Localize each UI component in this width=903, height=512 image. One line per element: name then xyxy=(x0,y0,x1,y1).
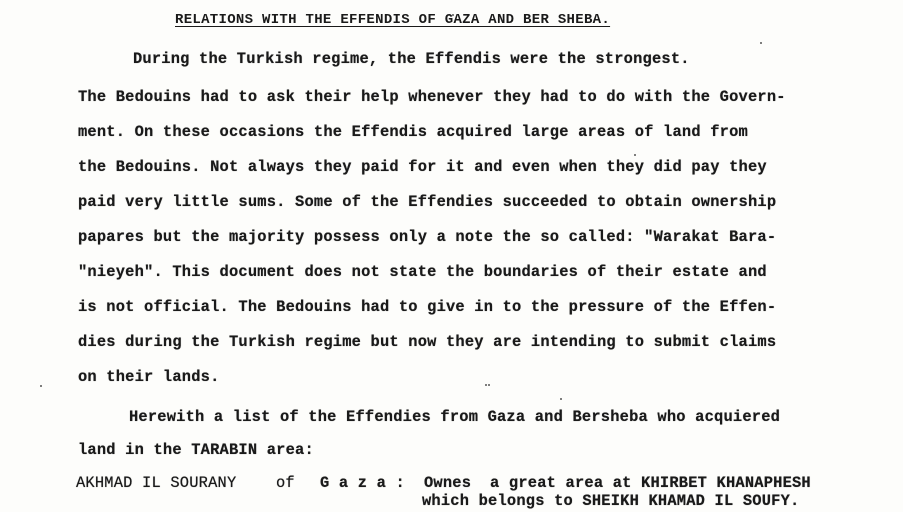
paragraph1-line-10: on their lands. xyxy=(78,368,220,386)
list-entry-name: AKHMAD IL SOURANY xyxy=(76,474,236,492)
paragraph1-line-1: During the Turkish regime, the Effendis … xyxy=(133,50,690,68)
paragraph1-line-3: ment. On these occasions the Effendis ac… xyxy=(78,123,748,141)
paragraph1-line-2: The Bedouins had to ask their help whene… xyxy=(78,88,786,106)
paragraph2-line-2: land in the TARABIN area: xyxy=(78,441,314,459)
document-page: RELATIONS WITH THE EFFENDIS OF GAZA AND … xyxy=(0,0,903,512)
paragraph1-line-9: dies during the Turkish regime but now t… xyxy=(78,333,776,351)
list-entry-place: G a z a : xyxy=(320,474,405,492)
list-entry-line-1: Ownes a great area at KHIRBET KHANAPHESH xyxy=(424,474,811,492)
scan-speck xyxy=(634,154,636,156)
scan-speck xyxy=(760,42,762,44)
scan-speck xyxy=(560,398,562,400)
paragraph1-line-5: paid very little sums. Some of the Effen… xyxy=(78,193,776,211)
paragraph1-line-6: papares but the majority possess only a … xyxy=(78,228,776,246)
list-entry-of: of xyxy=(276,474,295,492)
list-entry-line-2: which belongs to SHEIKH KHAMAD IL SOUFY. xyxy=(422,492,799,510)
paragraph2-line-1: Herewith a list of the Effendies from Ga… xyxy=(129,408,780,426)
scan-speck xyxy=(488,384,490,386)
paragraph1-line-4: the Bedouins. Not always they paid for i… xyxy=(78,158,767,176)
paragraph1-line-7: "nieyeh". This document does not state t… xyxy=(78,263,767,281)
scan-speck xyxy=(452,14,454,16)
document-title: RELATIONS WITH THE EFFENDIS OF GAZA AND … xyxy=(175,12,610,28)
scan-speck xyxy=(485,384,487,386)
paragraph1-line-8: is not official. The Bedouins had to giv… xyxy=(78,298,776,316)
scan-speck xyxy=(40,385,42,387)
